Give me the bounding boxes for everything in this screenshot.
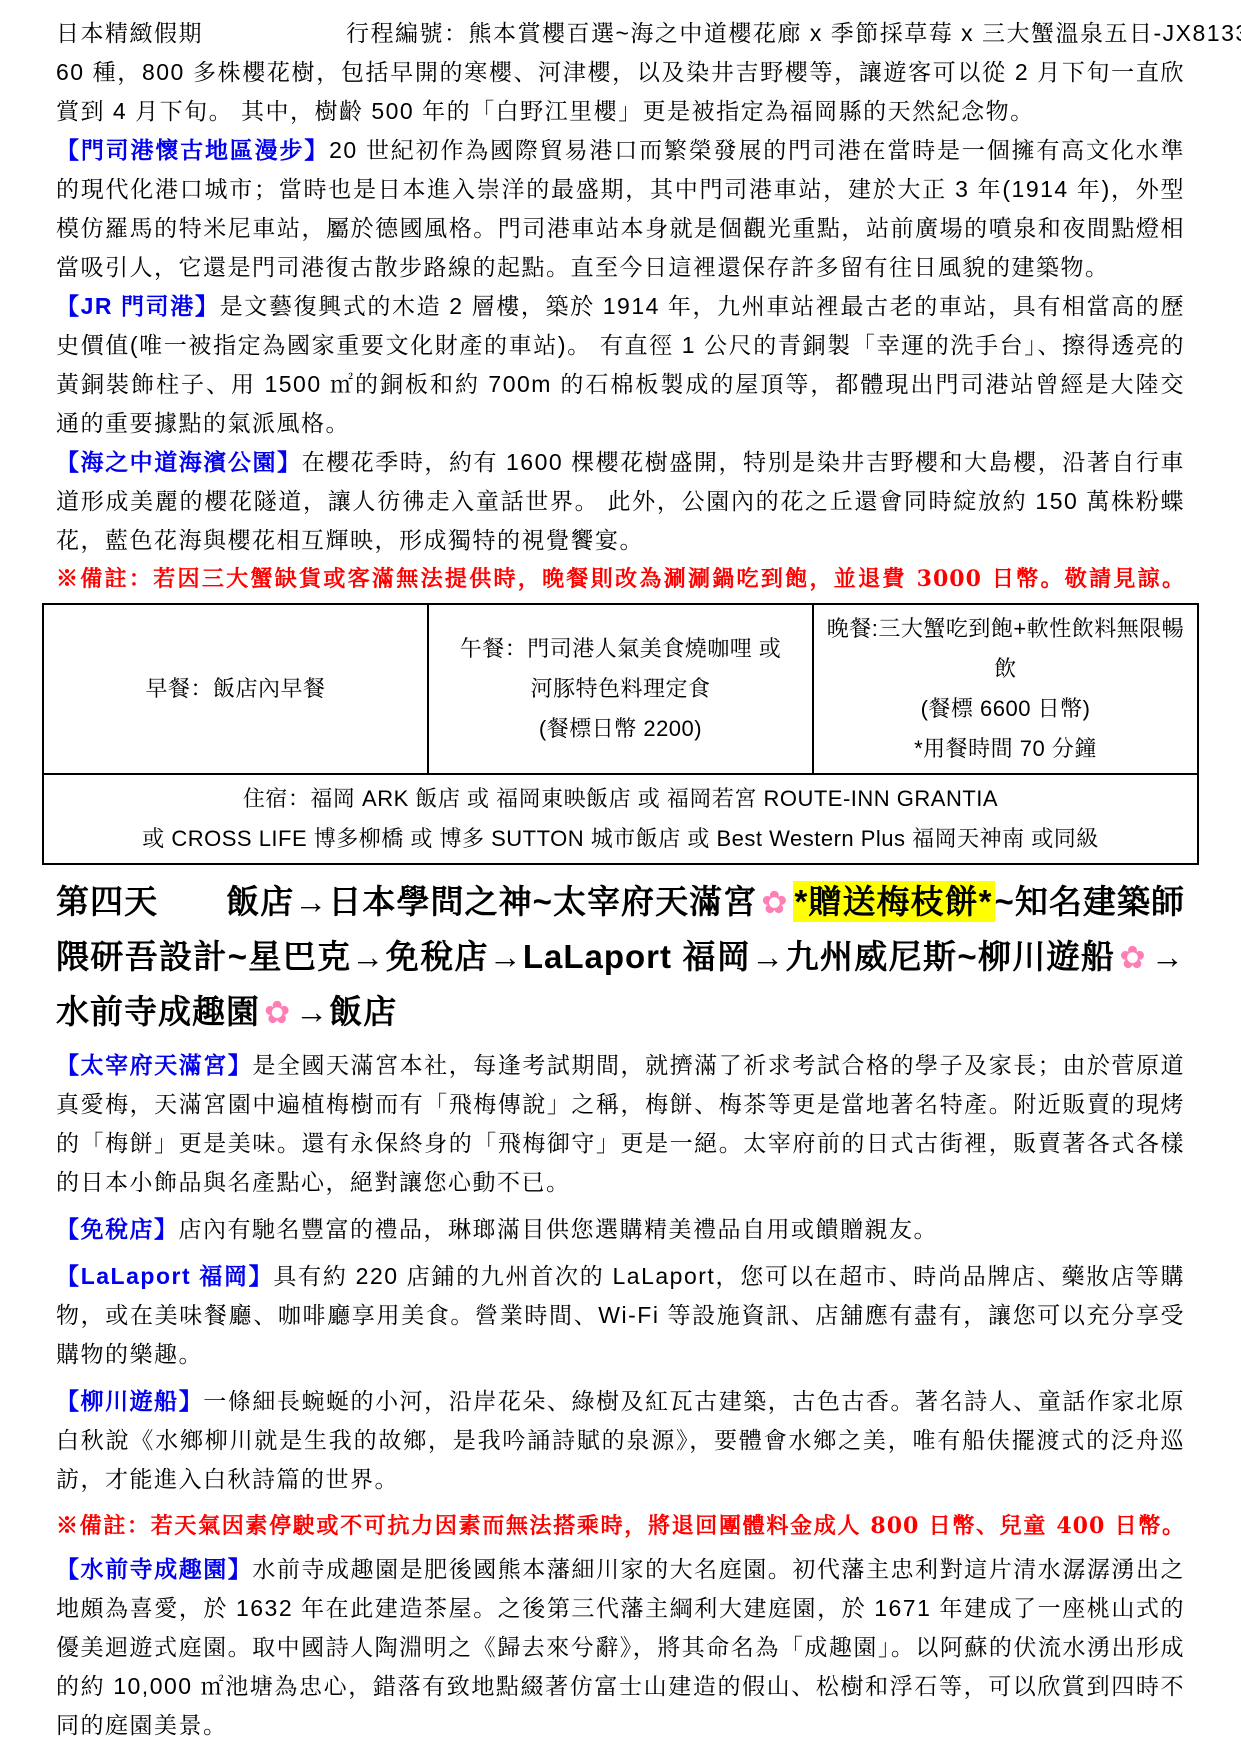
attraction-text: 是文藝復興式的木造 2 層樓，築於 1914 年，九州車站裡最古老的車站，具有相… <box>56 293 1185 436</box>
page-header: 日本精緻假期 行程編號：熊本賞櫻百選~海之中道櫻花廊 x 季節採草莓 x 三大蟹… <box>56 14 1185 53</box>
attraction-text: 一條細長蜿蜒的小河，沿岸花朵、綠樹及紅瓦古建築，古色古香。著名詩人、童話作家北原… <box>56 1388 1185 1492</box>
attraction-label: 【柳川遊船】 <box>56 1388 203 1414</box>
lunch-line: (餐標日幣 2200) <box>439 709 802 749</box>
attraction-text: 店內有馳名豐富的禮品，琳瑯滿目供您選購精美禮品自用或饋贈親友。 <box>179 1216 939 1242</box>
day4-heading-part4: →飯店 <box>295 993 397 1030</box>
dinner-line: *用餐時間 70 分鐘 <box>824 729 1187 769</box>
dinner-line: 晚餐:三大蟹吃到飽+軟性飲料無限暢飲 <box>824 609 1187 689</box>
intro-paragraph: 60 種，800 多株櫻花樹，包括早開的寒櫻、河津櫻，以及染井吉野櫻等，讓遊客可… <box>56 53 1185 131</box>
meals-table: 早餐：飯店內早餐 午餐：門司港人氣美食燒咖哩 或 河豚特色料理定食 (餐標日幣 … <box>42 603 1199 865</box>
lunch-line: 河豚特色料理定食 <box>439 669 802 709</box>
hotel-cell: 住宿：福岡 ARK 飯店 或 福岡東映飯店 或 福岡若宮 ROUTE-INN G… <box>43 774 1198 864</box>
lunch-cell: 午餐：門司港人氣美食燒咖哩 或 河豚特色料理定食 (餐標日幣 2200) <box>428 604 813 774</box>
section-dazaifu-tenmangu: 【太宰府天滿宮】是全國天滿宮本社，每逢考試期間，就擠滿了祈求考試合格的學子及家長… <box>56 1046 1185 1202</box>
boat-refund-note: ※備註：若天氣因素停駛或不可抗力因素而無法搭乘時，將退回團體料金成人 800 日… <box>56 1507 1185 1546</box>
section-lalaport-fukuoka: 【LaLaport 福岡】具有約 220 店鋪的九州首次的 LaLaport，您… <box>56 1257 1185 1374</box>
hotel-line: 或 CROSS LIFE 博多柳橋 或 博多 SUTTON 城市飯店 或 Bes… <box>54 819 1187 859</box>
lunch-line: 午餐：門司港人氣美食燒咖哩 或 <box>439 629 802 669</box>
hotel-line: 住宿：福岡 ARK 飯店 或 福岡東映飯店 或 福岡若宮 ROUTE-INN G… <box>54 779 1187 819</box>
day4-gift-highlight: *贈送梅枝餅* <box>793 881 995 922</box>
attraction-label: 【LaLaport 福岡】 <box>56 1263 273 1289</box>
section-duty-free-shop: 【免稅店】店內有馳名豐富的禮品，琳瑯滿目供您選購精美禮品自用或饋贈親友。 <box>56 1210 1185 1249</box>
section-mojiko-retro-walk: 【門司港懷古地區漫步】20 世紀初作為國際貿易港口而繁榮發展的門司港在當時是一個… <box>56 131 1185 287</box>
dinner-line: (餐標 6600 日幣) <box>824 689 1187 729</box>
cherry-blossom-icon: ✿ <box>757 885 792 920</box>
section-yanagawa-boat: 【柳川遊船】一條細長蜿蜒的小河，沿岸花朵、綠樹及紅瓦古建築，古色古香。著名詩人、… <box>56 1382 1185 1499</box>
section-jr-mojiko: 【JR 門司港】是文藝復興式的木造 2 層樓，築於 1914 年，九州車站裡最古… <box>56 287 1185 443</box>
attraction-label: 【海之中道海濱公園】 <box>56 449 302 475</box>
section-uminonakamichi-park: 【海之中道海濱公園】在櫻花季時，約有 1600 棵櫻花樹盛開，特別是染井吉野櫻和… <box>56 443 1185 560</box>
day4-heading: 第四天 飯店→日本學問之神~太宰府天滿宮✿*贈送梅枝餅*~知名建築師隈研吾設計~… <box>56 875 1185 1040</box>
hotel-row: 住宿：福岡 ARK 飯店 或 福岡東映飯店 或 福岡若宮 ROUTE-INN G… <box>43 774 1198 864</box>
attraction-label: 【太宰府天滿宮】 <box>56 1052 252 1078</box>
section-suizenji-garden: 【水前寺成趣園】水前寺成趣園是肥後國熊本藩細川家的大名庭園。初代藩主忠利對這片清… <box>56 1550 1185 1745</box>
day4-heading-part1: 第四天 飯店→日本學問之神~太宰府天滿宮 <box>56 883 757 920</box>
breakfast-cell: 早餐：飯店內早餐 <box>43 604 428 774</box>
dinner-cell: 晚餐:三大蟹吃到飽+軟性飲料無限暢飲 (餐標 6600 日幣) *用餐時間 70… <box>813 604 1198 774</box>
cherry-blossom-icon: ✿ <box>260 995 295 1030</box>
brand-title: 日本精緻假期 <box>56 14 346 53</box>
tour-code: 行程編號：熊本賞櫻百選~海之中道櫻花廊 x 季節採草莓 x 三大蟹溫泉五日-JX… <box>346 14 1241 53</box>
attraction-text: 水前寺成趣園是肥後國熊本藩細川家的大名庭園。初代藩主忠利對這片清水潺潺湧出之地頗… <box>56 1556 1185 1738</box>
meals-row: 早餐：飯店內早餐 午餐：門司港人氣美食燒咖哩 或 河豚特色料理定食 (餐標日幣 … <box>43 604 1198 774</box>
crab-refund-note: ※備註：若因三大蟹缺貨或客滿無法提供時，晚餐則改為涮涮鍋吃到飽，並退費 3000… <box>56 560 1185 599</box>
itinerary-page: 日本精緻假期 行程編號：熊本賞櫻百選~海之中道櫻花廊 x 季節採草莓 x 三大蟹… <box>0 0 1241 1755</box>
breakfast-text: 早餐：飯店內早餐 <box>54 669 417 709</box>
attraction-label: 【JR 門司港】 <box>56 293 220 319</box>
cherry-blossom-icon: ✿ <box>1115 940 1151 975</box>
attraction-label: 【免稅店】 <box>56 1216 179 1242</box>
attraction-label: 【水前寺成趣園】 <box>56 1556 252 1582</box>
attraction-label: 【門司港懷古地區漫步】 <box>56 137 329 163</box>
